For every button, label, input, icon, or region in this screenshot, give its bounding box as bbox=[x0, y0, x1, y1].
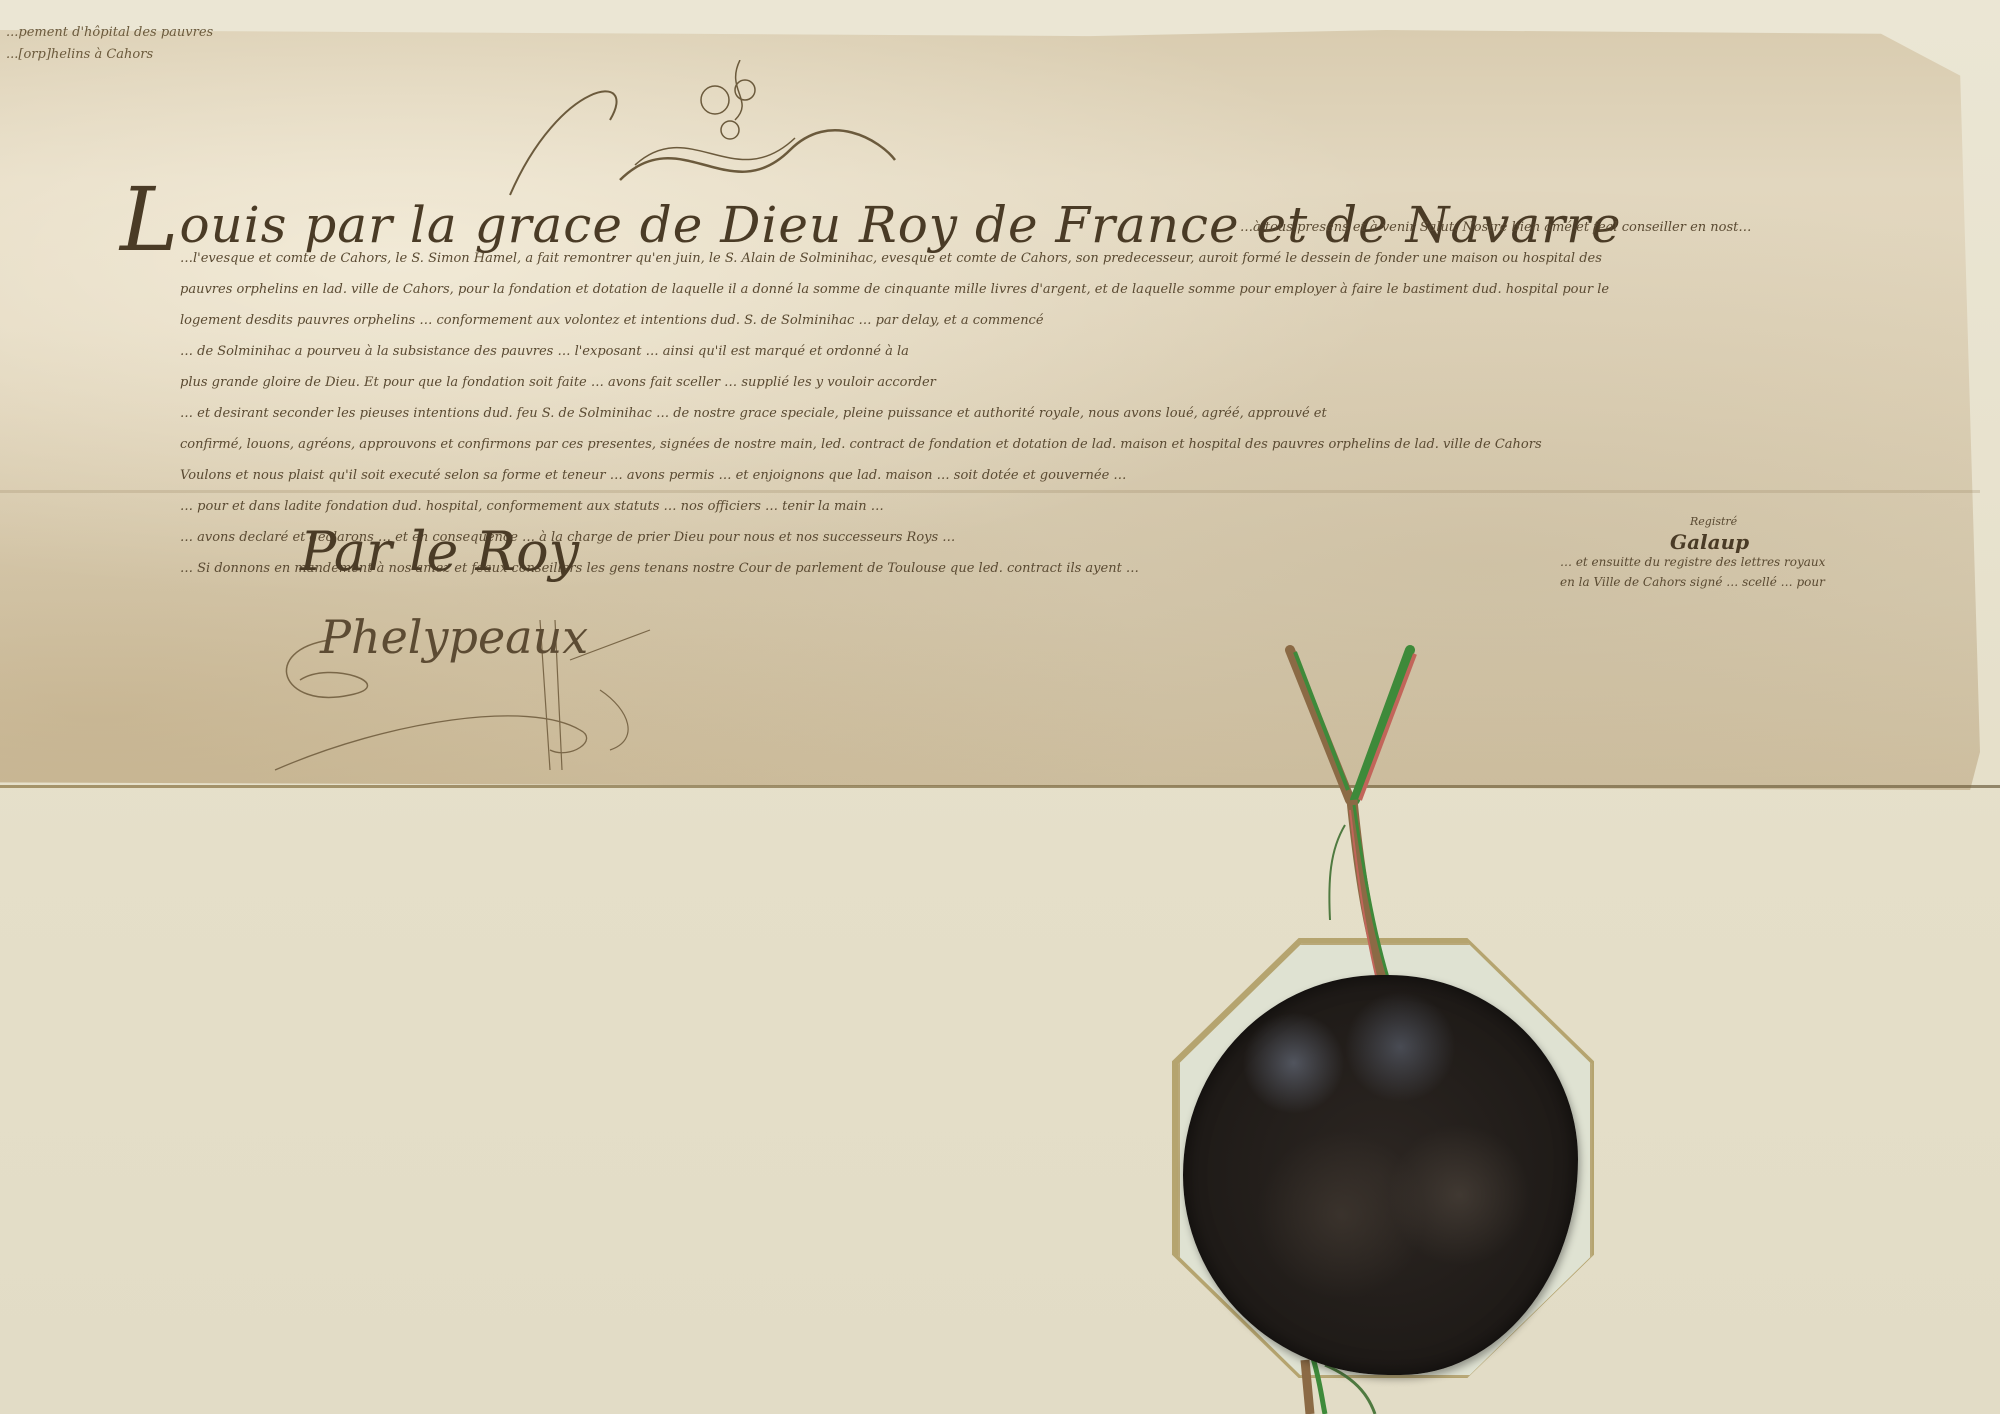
registration-line: … et ensuitte du registre des lettres ro… bbox=[1560, 552, 1910, 572]
margin-note-line: ...[orp]helins à Cahors bbox=[6, 44, 306, 66]
registrar-signature: Galaup bbox=[1560, 532, 1910, 552]
body-line: Voulons et nous plaist qu'il soit execut… bbox=[180, 460, 1940, 491]
heading-initial: L bbox=[120, 168, 179, 271]
body-line: confirmé, louons, agréons, approuvons et… bbox=[180, 429, 1940, 460]
margin-note-line: ...pement d'hôpital des pauvres bbox=[6, 22, 306, 44]
registration-note: Registré Galaup … et ensuitte du registr… bbox=[1560, 512, 1910, 592]
body-line: … et desirant seconder les pieuses inten… bbox=[180, 398, 1940, 429]
parchment-bottom-edge bbox=[0, 785, 2000, 788]
body-line: pauvres orphelins en lad. ville de Cahor… bbox=[180, 274, 1940, 305]
body-line: … de Solminihac a pourveu à la subsistan… bbox=[180, 336, 1940, 367]
body-line: plus grande gloire de Dieu. Et pour que … bbox=[180, 367, 1940, 398]
royal-attestation: Par le Roy bbox=[300, 520, 579, 583]
body-line: …l'evesque et comte de Cahors, le S. Sim… bbox=[180, 243, 1940, 274]
countersignature: Phelypeaux bbox=[320, 610, 588, 664]
margin-note: ...pement d'hôpital des pauvres ...[orp]… bbox=[6, 22, 306, 66]
registration-label: Registré bbox=[1560, 512, 1910, 532]
registration-line: en la Ville de Cahors signé … scellé … p… bbox=[1560, 572, 1910, 592]
body-line: logement desdits pauvres orphelins … con… bbox=[180, 305, 1940, 336]
body-line: …à tous presens et à venir Salut. Nostre… bbox=[180, 212, 1940, 243]
wax-seal bbox=[1183, 975, 1578, 1375]
